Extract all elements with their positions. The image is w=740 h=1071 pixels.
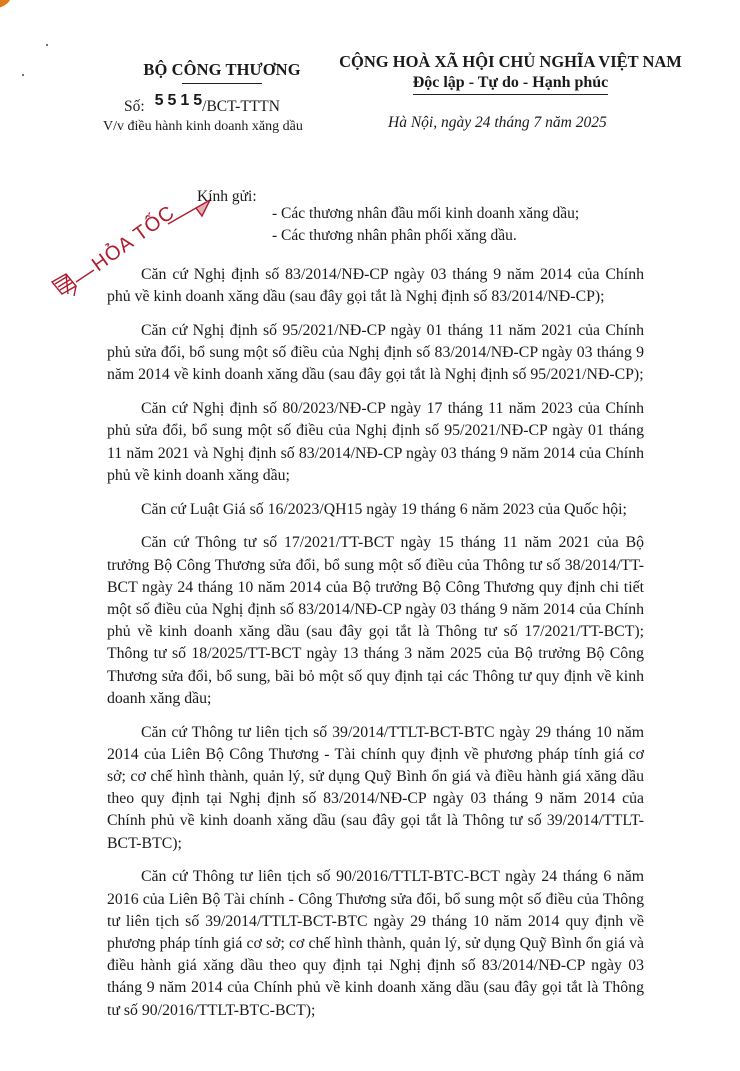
issuing-agency-block: BỘ CÔNG THƯƠNG [112, 60, 332, 84]
legal-basis-paragraph: Căn cứ Nghị định số 83/2014/NĐ-CP ngày 0… [107, 264, 644, 308]
recipient-list: - Các thương nhân đầu mối kinh doanh xăn… [272, 203, 579, 247]
scan-speck [46, 44, 48, 46]
national-title: CỘNG HOÀ XÃ HỘI CHỦ NGHĨA VIỆT NAM [338, 52, 683, 72]
document-number: Số: 5515/BCT-TTTN [124, 98, 280, 116]
handwritten-number: 5515 [155, 92, 207, 109]
issuing-agency: BỘ CÔNG THƯƠNG [112, 60, 332, 80]
national-motto: Độc lập - Tự do - Hạnh phúc [413, 74, 609, 95]
legal-basis-paragraph: Căn cứ Nghị định số 95/2021/NĐ-CP ngày 0… [107, 320, 644, 387]
place-date: Hà Nội, ngày 24 tháng 7 năm 2025 [388, 114, 607, 132]
number-suffix: /BCT-TTTN [202, 98, 280, 115]
national-header-block: CỘNG HOÀ XÃ HỘI CHỦ NGHĨA VIỆT NAM Độc l… [338, 52, 683, 95]
document-page: BỘ CÔNG THƯƠNG Số: 5515/BCT-TTTN V/v điề… [0, 0, 740, 1071]
agency-underline [182, 83, 262, 84]
number-label: Số: [124, 98, 145, 115]
document-body: Căn cứ Nghị định số 83/2014/NĐ-CP ngày 0… [107, 264, 644, 1033]
recipient-item: - Các thương nhân phân phối xăng dầu. [272, 225, 579, 247]
legal-basis-paragraph: Căn cứ Luật Giá số 16/2023/QH15 ngày 19 … [107, 499, 644, 521]
legal-basis-paragraph: Căn cứ Thông tư liên tịch số 39/2014/TTL… [107, 722, 644, 855]
document-subject: V/v điều hành kinh doanh xăng dầu [103, 119, 303, 135]
legal-basis-paragraph: Căn cứ Nghị định số 80/2023/NĐ-CP ngày 1… [107, 398, 644, 487]
recipient-item: - Các thương nhân đầu mối kinh doanh xăn… [272, 203, 579, 225]
legal-basis-paragraph: Căn cứ Thông tư số 17/2021/TT-BCT ngày 1… [107, 532, 644, 710]
legal-basis-paragraph: Căn cứ Thông tư liên tịch số 90/2016/TTL… [107, 866, 644, 1021]
scan-speck [22, 74, 24, 76]
scan-corner-mark [0, 0, 12, 8]
address-label: Kính gửi: [197, 188, 257, 206]
